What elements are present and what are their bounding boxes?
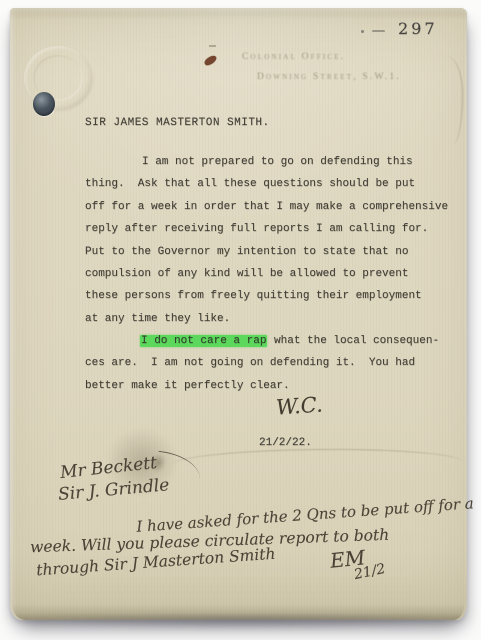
green-highlight: I do not care a rap: [140, 335, 267, 347]
typed-line: compulsion of any kind will be allowed t…: [85, 263, 448, 285]
typed-line: better make it perfectly clear.: [85, 375, 439, 397]
typed-line: off for a week in order that I may make …: [85, 196, 448, 218]
typed-line: I do not care a rap what the local conse…: [85, 330, 439, 352]
typed-text: what the local consequen-: [267, 335, 439, 347]
typed-line: reply after receiving full reports I am …: [85, 218, 448, 240]
folio-number: 297: [398, 19, 438, 38]
ministerial-initials: W.C.: [275, 392, 323, 419]
paragraph-1: I am not prepared to go on defending thi…: [85, 151, 448, 330]
paper-crease: [170, 447, 464, 465]
scan-background: 297 Colonial Office. Downing Street, S.W…: [0, 0, 481, 640]
letterhead-address: Downing Street, S.W.1.: [257, 72, 401, 82]
paper-crease: [440, 56, 463, 144]
salutation: SIR JAMES MASTERTON SMITH.: [85, 117, 270, 129]
letterhead-office: Colonial Office.: [242, 52, 345, 62]
typed-line: I am not prepared to go on defending thi…: [85, 151, 448, 173]
page-content: 297 Colonial Office. Downing Street, S.W…: [0, 0, 481, 640]
ink-speck: [203, 54, 218, 67]
typed-date: 21/2/22.: [259, 437, 312, 449]
punch-hole: [33, 92, 55, 116]
stray-mark: [209, 45, 216, 47]
pencil-dash: [372, 30, 385, 32]
typed-line: these persons from freely quitting their…: [85, 285, 448, 307]
typed-line: at any time they like.: [85, 308, 448, 330]
typed-line: ces are. I am not going on defending it.…: [85, 352, 439, 374]
paragraph-2: I do not care a rap what the local conse…: [85, 330, 439, 397]
typed-line: Put to the Governor my intention to stat…: [85, 241, 448, 263]
pencil-dot: [361, 30, 364, 33]
typed-line: thing. Ask that all these questions shou…: [85, 173, 448, 195]
paragraph-2-rest: ces are. I am not going on defending it.…: [85, 352, 439, 397]
